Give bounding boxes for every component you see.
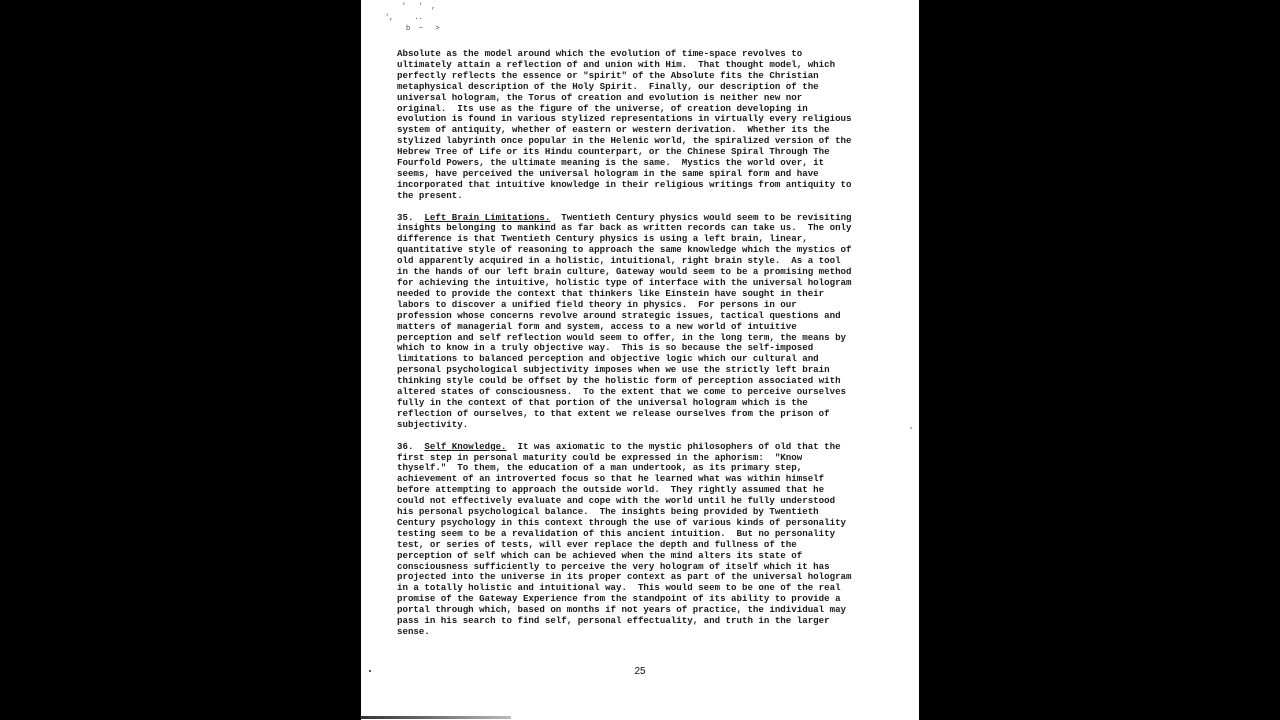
scan-speck <box>910 427 912 429</box>
paragraph-lines: insights belonging to mankind as far bac… <box>397 222 852 429</box>
paragraph-35: 35. Left Brain Limitations. Twentieth Ce… <box>397 213 917 431</box>
page-number: 25 <box>361 666 919 677</box>
paragraph-lines: Absolute as the model around which the e… <box>397 48 852 201</box>
paragraph-first-line: Twentieth Century physics would seem to … <box>550 212 851 223</box>
paragraph-number: 35. <box>397 212 413 223</box>
paragraph-heading: Left Brain Limitations. <box>424 212 550 223</box>
scan-edge-artifact <box>361 716 511 719</box>
document-page: ' ' , ', .. b ~ > Absolute as the model … <box>361 0 919 720</box>
document-body: Absolute as the model around which the e… <box>397 49 917 638</box>
paragraph-continuation: Absolute as the model around which the e… <box>397 49 917 202</box>
paragraph-lines: first step in personal maturity could be… <box>397 452 852 638</box>
scan-artifact-marks: ' ' , ', .. b ~ > <box>385 2 445 38</box>
paragraph-36: 36. Self Knowledge. It was axiomatic to … <box>397 442 917 638</box>
paragraph-number: 36. <box>397 441 413 452</box>
paragraph-heading: Self Knowledge. <box>424 441 506 452</box>
paragraph-first-line: It was axiomatic to the mystic philosoph… <box>507 441 841 452</box>
